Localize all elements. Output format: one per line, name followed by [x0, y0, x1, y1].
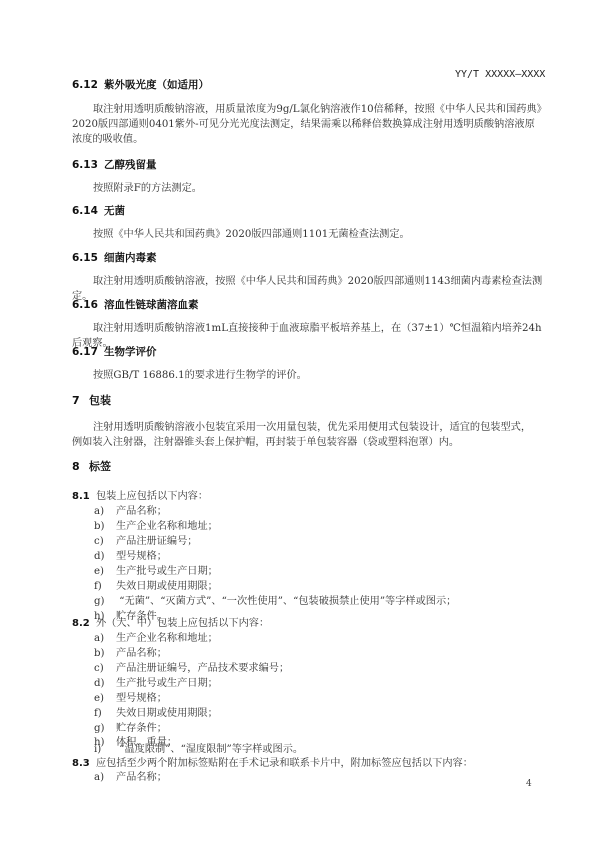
list-item: g) “无菌”、“灭菌方式”、“一次性使用”、“包装破损禁止使用”等字样或图示； [94, 592, 456, 607]
section-title: 细菌内毒素 [104, 252, 157, 264]
paragraph-line: 取注射用透明质酸钠溶液，用质量浓度为9g/L氯化钠溶液作10倍稀释，按照《中华人… [93, 100, 547, 115]
section-heading-6-16: 6.16溶血性链球菌溶血素 [72, 297, 199, 312]
list-item: c)产品注册证编号，产品技术要求编号； [94, 659, 289, 674]
page-number: 4 [526, 779, 532, 789]
section-title: 溶血性链球菌溶血素 [104, 299, 199, 311]
section-number: 6.15 [72, 252, 104, 264]
list-item: g)贮存条件； [94, 719, 167, 734]
list-item: b)生产企业名称和地址； [94, 517, 218, 532]
section-heading-7: 7包装 [72, 392, 111, 408]
paragraph-line: 浓度的吸收值。 [72, 130, 143, 145]
list-item: d)型号规格； [94, 547, 167, 562]
section-heading-8: 8标签 [72, 458, 111, 474]
list-item: a)产品名称； [94, 502, 167, 517]
list-item: f)失效日期或使用期限； [94, 704, 218, 719]
section-number: 6.14 [72, 205, 104, 217]
paragraph-line: 取注射用透明质酸钠溶液1mL直接接种于血液琼脂平板培养基上，在（37±1）℃恒温… [93, 319, 542, 334]
list-item: i) “温度限制”、“湿度限制”等字样或图示。 [94, 740, 303, 755]
subsection-number: 8.2 [72, 618, 96, 629]
section-title: 无菌 [104, 205, 125, 217]
list-item: a)产品名称； [94, 768, 167, 783]
section-number: 6.12 [72, 79, 104, 91]
list-item: e)生产批号或生产日期； [94, 562, 218, 577]
document-page: YY/T XXXXX—XXXX 6.12紫外吸光度（如适用） 取注射用透明质酸钠… [0, 0, 600, 848]
section-number: 6.17 [72, 346, 104, 358]
paragraph-line: 例如装入注射器，注射器锥头套上保护帽，再封装于单包装容器（袋或塑料泡罩）内。 [72, 433, 459, 448]
section-title: 紫外吸光度（如适用） [104, 79, 209, 91]
subsection-number: 8.3 [72, 758, 96, 769]
list-item: e)型号规格； [94, 689, 167, 704]
paragraph-line: 按照GB/T 16886.1的要求进行生物学的评价。 [93, 366, 307, 381]
section-heading-6-13: 6.13乙醇残留量 [72, 157, 157, 172]
standard-code-header: YY/T XXXXX—XXXX [455, 69, 545, 80]
list-item: c)产品注册证编号； [94, 532, 198, 547]
section-title: 包装 [89, 394, 111, 407]
paragraph-line: 2020版四部通则0401紫外-可见分光光度法测定，结果需乘以稀释倍数换算成注射… [72, 115, 535, 130]
subsection-8-2: 8.2外（大、中）包装上应包括以下内容： [72, 614, 269, 629]
section-number: 8 [72, 460, 89, 473]
list-item: d)生产批号或生产日期； [94, 674, 218, 689]
list-item: f)失效日期或使用期限； [94, 577, 218, 592]
section-heading-6-12: 6.12紫外吸光度（如适用） [72, 77, 209, 92]
section-number: 7 [72, 394, 89, 407]
subsection-number: 8.1 [72, 491, 96, 502]
paragraph-line: 取注射用透明质酸钠溶液，按照《中华人民共和国药典》2020版四部通则1143细菌… [93, 272, 542, 287]
section-number: 6.13 [72, 159, 104, 171]
subsection-8-3: 8.3应包括至少两个附加标签贴附在手术记录和联系卡片中，附加标签应包括以下内容： [72, 754, 473, 769]
section-number: 6.16 [72, 299, 104, 311]
list-item: b)产品名称； [94, 644, 167, 659]
section-heading-6-14: 6.14无菌 [72, 203, 125, 218]
paragraph-line: 按照《中华人民共和国药典》2020版四部通则1101无菌检查法测定。 [93, 225, 410, 240]
section-title: 标签 [89, 460, 111, 473]
section-title: 乙醇残留量 [104, 159, 157, 171]
section-heading-6-17: 6.17生物学评价 [72, 344, 157, 359]
subsection-text: 包装上应包括以下内容： [96, 491, 208, 502]
section-title: 生物学评价 [104, 346, 157, 358]
subsection-8-1: 8.1包装上应包括以下内容： [72, 487, 208, 502]
subsection-text: 外（大、中）包装上应包括以下内容： [96, 618, 269, 629]
paragraph-line: 按照附录F的方法测定。 [93, 179, 202, 194]
paragraph-line: 注射用透明质酸钠溶液小包装宜采用一次用量包装，优先采用便用式包装设计，适宜的包装… [93, 418, 531, 433]
list-item: a)生产企业名称和地址； [94, 629, 218, 644]
section-heading-6-15: 6.15细菌内毒素 [72, 250, 157, 265]
